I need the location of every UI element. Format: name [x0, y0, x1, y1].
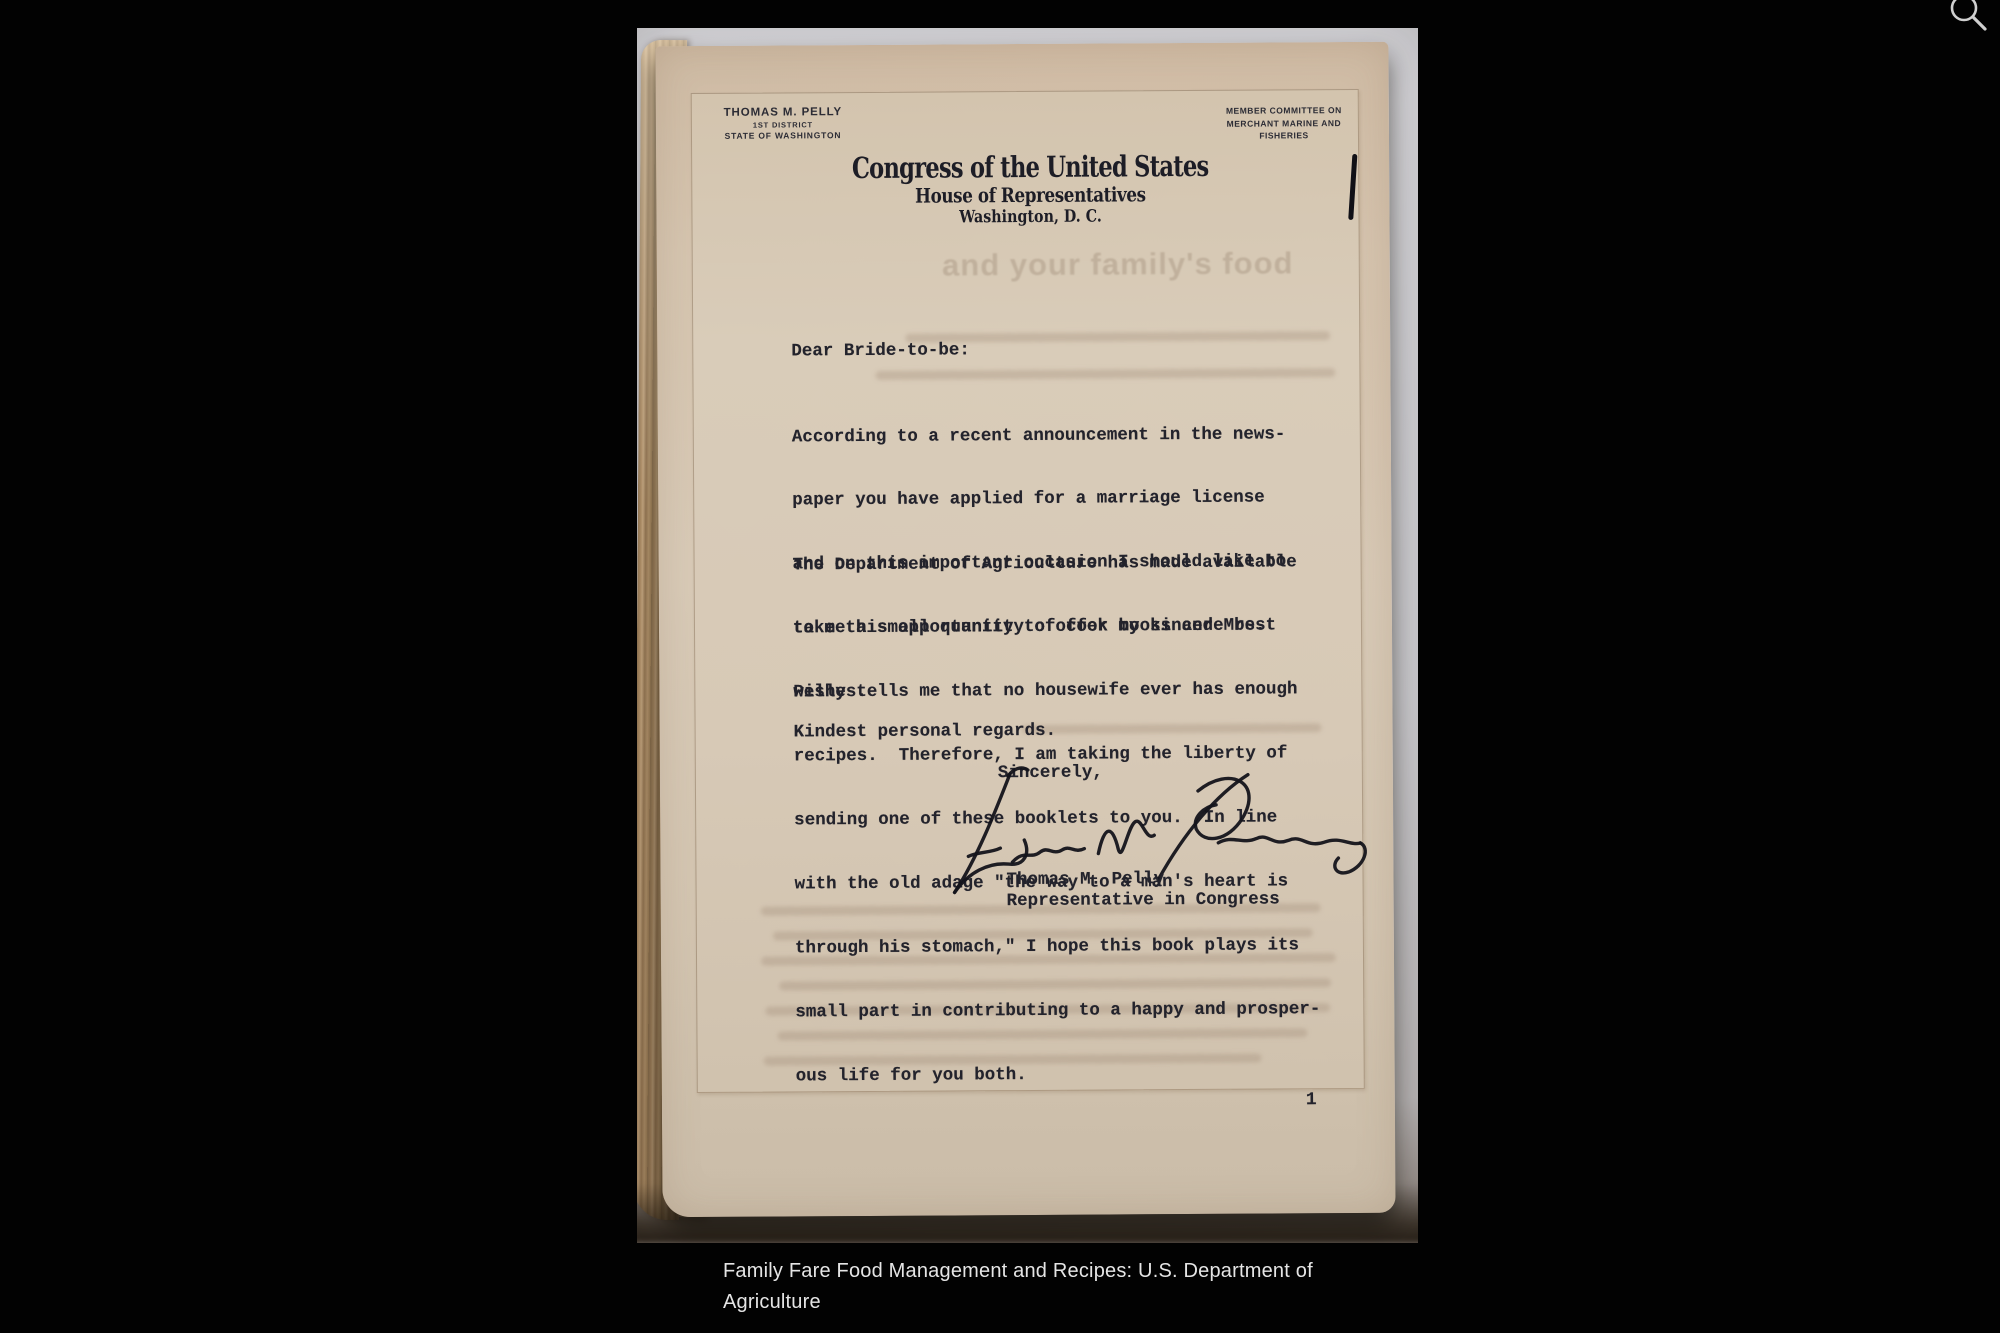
ghost-bleed-title: and your family's food: [868, 245, 1368, 284]
book-page: and your family's food THOMAS M. PELLY 1…: [655, 42, 1395, 1217]
letter-line: The Department of Agriculture has made a…: [793, 552, 1318, 577]
sender-district: 1ST DISTRICT: [698, 120, 868, 130]
committee-line: MEMBER COMMITTEE ON: [1199, 104, 1369, 118]
page-number: 1: [1306, 1090, 1317, 1111]
sender-state: STATE OF WASHINGTON: [698, 130, 868, 141]
sender-name: THOMAS M. PELLY: [698, 106, 868, 119]
letter-line: paper you have applied for a marriage li…: [792, 488, 1286, 512]
search-icon[interactable]: [1938, 0, 1998, 46]
book-photo[interactable]: and your family's food THOMAS M. PELLY 1…: [637, 28, 1418, 1243]
letter-line: through his stomach," I hope this book p…: [795, 935, 1320, 960]
letterhead-subtitle: House of Representatives: [820, 182, 1240, 209]
letter-line: Pelly tells me that no housewife ever ha…: [793, 680, 1318, 705]
letter-line: to me a small quantity of cook books and…: [793, 616, 1318, 641]
signature-typed-title: Representative in Congress: [1007, 889, 1280, 912]
letterhead-city: Washington, D. C.: [820, 206, 1240, 229]
letter-line: small part in contributing to a happy an…: [795, 999, 1320, 1024]
sender-block: THOMAS M. PELLY 1ST DISTRICT STATE OF WA…: [698, 106, 868, 141]
closing-line: Kindest personal regards.: [794, 721, 1057, 744]
committee-line: FISHERIES: [1199, 129, 1369, 143]
letter-line: According to a recent announcement in th…: [792, 424, 1286, 448]
letter-line: ous life for you both.: [796, 1063, 1321, 1088]
photo-caption: Family Fare Food Management and Recipes:…: [723, 1256, 1313, 1318]
committee-line: MERCHANT MARINE AND: [1199, 116, 1369, 130]
signature-typed-name: Thomas M. Pelly: [1006, 869, 1164, 891]
image-viewer: and your family's food THOMAS M. PELLY 1…: [0, 0, 2000, 1333]
salutation: Dear Bride-to-be:: [791, 340, 970, 362]
committee-block: MEMBER COMMITTEE ON MERCHANT MARINE AND …: [1199, 104, 1369, 143]
letterhead-title: Congress of the United States: [835, 149, 1225, 185]
